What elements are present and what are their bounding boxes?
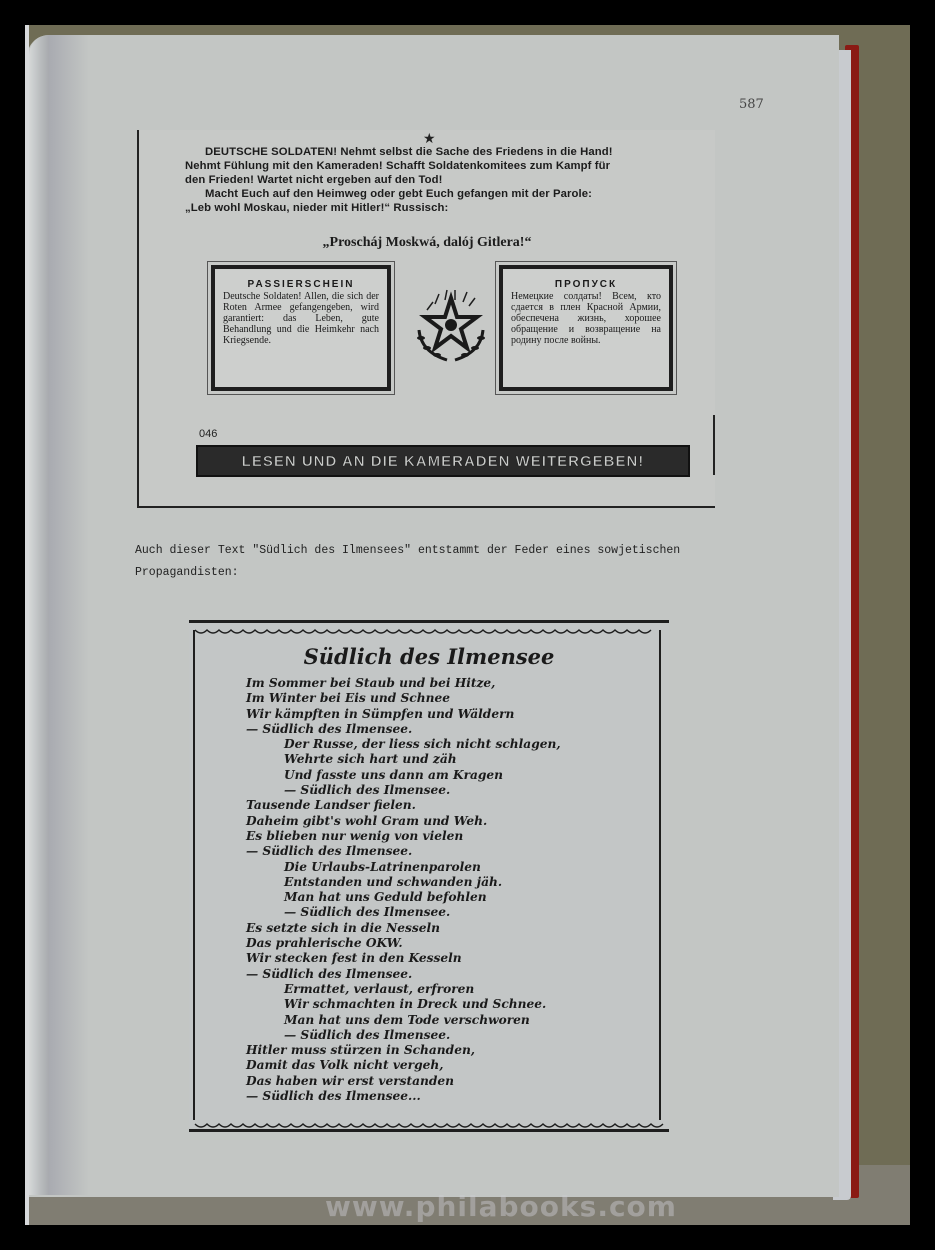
poem-line: Es blieben nur wenig von vielen: [246, 829, 656, 844]
poem-line: Und fasste uns dann am Kragen: [246, 768, 656, 783]
poem-line: Damit das Volk nicht vergeh,: [246, 1058, 656, 1073]
poem-line: — Südlich des Ilmensee.: [246, 722, 656, 737]
poem-line: Es setzte sich in die Nesseln: [246, 921, 656, 936]
poem-line: Hitler muss stürzen in Schanden,: [246, 1043, 656, 1058]
poem-line: Das prahlerische OKW.: [246, 936, 656, 951]
poem-line: Ermattet, verlaust, erfroren: [246, 982, 656, 997]
poem-line: Daheim gibt's wohl Gram und Weh.: [246, 814, 656, 829]
caption-line: Propagandisten:: [135, 562, 775, 584]
soviet-star-emblem-icon: [407, 280, 495, 368]
poem-line: Das haben wir erst verstanden: [246, 1074, 656, 1089]
poem-line: Man hat uns dem Tode verschworen: [246, 1013, 656, 1028]
caption-text: Auch dieser Text "Südlich des Ilmensees"…: [135, 540, 775, 584]
pass-body: Deutsche Soldaten! Allen, die sich der R…: [215, 290, 387, 346]
leaflet-code: 046: [199, 428, 217, 440]
leaflet-line: Macht Euch auf den Heimweg oder gebt Euc…: [185, 187, 695, 201]
poem-line: Wir schmachten in Dreck und Schnee.: [246, 997, 656, 1012]
leaflet-line: DEUTSCHE SOLDATEN! Nehmt selbst die Sach…: [185, 145, 695, 159]
ornamental-border-right: [659, 630, 665, 1120]
poem-line: — Südlich des Ilmensee...: [246, 1089, 656, 1104]
passierschein-box: PASSIERSCHEIN Deutsche Soldaten! Allen, …: [211, 265, 391, 391]
leaflet-line: „Leb wohl Moskau, nieder mit Hitler!“ Ru…: [185, 201, 695, 215]
poem-line: Wehrte sich hart und zäh: [246, 752, 656, 767]
poem-line: — Südlich des Ilmensee.: [246, 844, 656, 859]
ornamental-border-top: [189, 620, 669, 633]
poem-line: Im Sommer bei Staub und bei Hitze,: [246, 676, 656, 691]
pass-title: PASSIERSCHEIN: [215, 279, 387, 290]
watermark: www.philabooks.com: [325, 1190, 677, 1223]
poem-title: Südlich des Ilmensee: [189, 644, 669, 669]
scan-border: [713, 415, 715, 475]
leaflet-scan: ★ DEUTSCHE SOLDATEN! Nehmt selbst die Sa…: [137, 130, 715, 508]
poem-line: Der Russe, der liess sich nicht schlagen…: [246, 737, 656, 752]
poem-line: Wir stecken fest in den Kesseln: [246, 951, 656, 966]
book-page: 587 ★ DEUTSCHE SOLDATEN! Nehmt selbst di…: [27, 35, 839, 1197]
poem-line: Wir kämpften in Sümpfen und Wäldern: [246, 707, 656, 722]
poem-line: Im Winter bei Eis und Schnee: [246, 691, 656, 706]
propusk-box: ПРОПУСК Немецкие солдаты! Всем, кто сдае…: [499, 265, 673, 391]
leaflet-header-text: DEUTSCHE SOLDATEN! Nehmt selbst die Sach…: [185, 145, 695, 215]
page-curl: [29, 35, 49, 1195]
poem-body: Im Sommer bei Staub und bei Hitze,Im Win…: [246, 676, 656, 1104]
poem-line: — Südlich des Ilmensee.: [246, 783, 656, 798]
poem-line: — Südlich des Ilmensee.: [246, 905, 656, 920]
leaflet-banner: LESEN UND AN DIE KAMERADEN WEITERGEBEN!: [196, 445, 690, 477]
ornamental-border-bottom: [189, 1119, 669, 1132]
poem-line: Tausende Landser fielen.: [246, 798, 656, 813]
gutter-shadow: [49, 35, 89, 1195]
photo-frame: 587 ★ DEUTSCHE SOLDATEN! Nehmt selbst di…: [25, 25, 910, 1225]
poem-line: Die Urlaubs-Latrinenparolen: [246, 860, 656, 875]
pass-title: ПРОПУСК: [503, 279, 669, 290]
poem-clipping: Südlich des Ilmensee Im Sommer bei Staub…: [189, 620, 669, 1132]
banner-text: LESEN UND AN DIE KAMERADEN WEITERGEBEN!: [242, 453, 645, 470]
leaflet-parole: „Proscháj Moskwá, dalój Gitlera!“: [139, 235, 715, 251]
poem-line: Man hat uns Geduld befohlen: [246, 890, 656, 905]
poem-line: — Südlich des Ilmensee.: [246, 1028, 656, 1043]
poem-line: — Südlich des Ilmensee.: [246, 967, 656, 982]
caption-line: Auch dieser Text "Südlich des Ilmensees"…: [135, 540, 775, 562]
poem-line: Entstanden und schwanden jäh.: [246, 875, 656, 890]
ornamental-border-left: [193, 630, 199, 1120]
adjacent-page-edge: [25, 25, 29, 1225]
leaflet-line: den Frieden! Wartet nicht ergeben auf de…: [185, 173, 695, 187]
leaflet-line: Nehmt Fühlung mit den Kameraden! Schafft…: [185, 159, 695, 173]
pass-body: Немецкие солдаты! Всем, кто сдается в пл…: [503, 290, 669, 346]
page-number: 587: [739, 97, 764, 112]
